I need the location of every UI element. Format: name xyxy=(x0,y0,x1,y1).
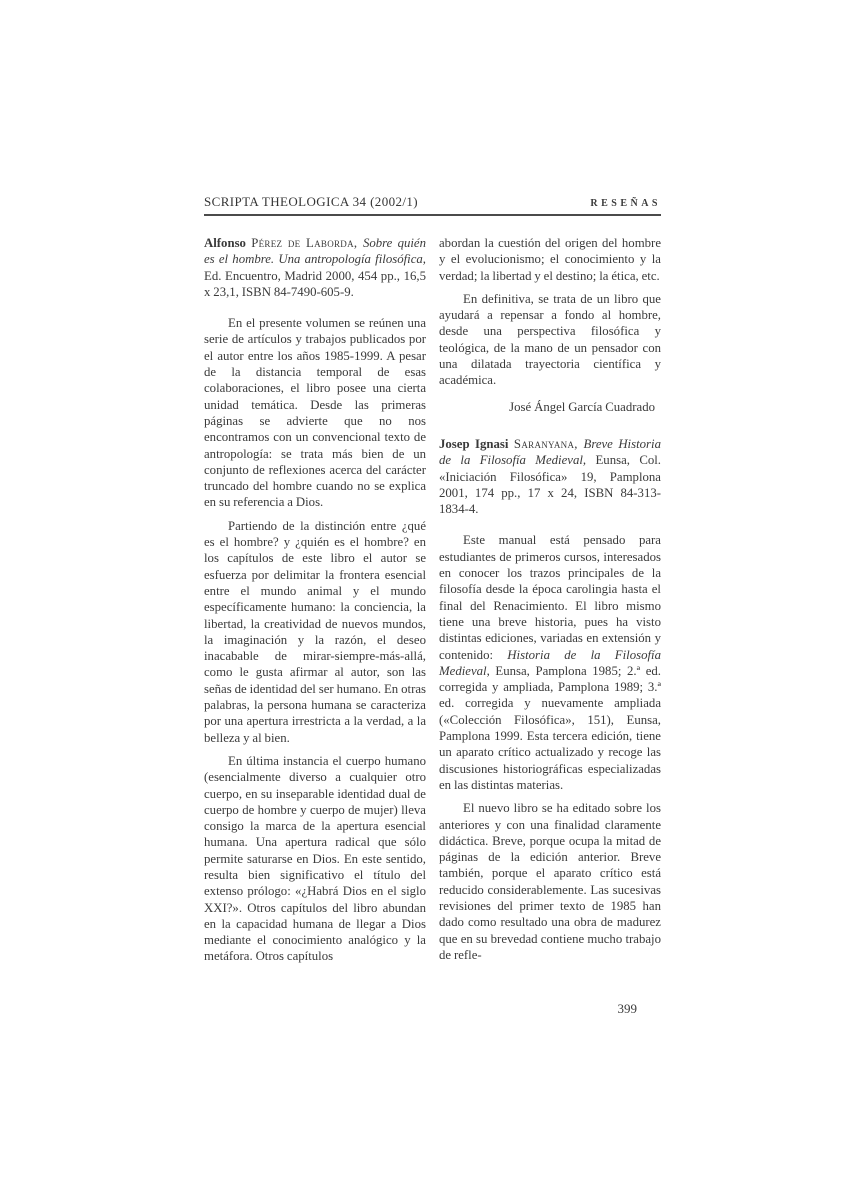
text-segment: Partiendo de la distinción entre ¿qué es… xyxy=(204,519,426,745)
column-right: abordan la cuestión del origen del hombr… xyxy=(439,235,661,972)
book-citation: Alfonso Pérez de Laborda, Sobre quién es… xyxy=(204,235,426,300)
section-label: RESEÑAS xyxy=(590,198,661,209)
journal-page: SCRIPTA THEOLOGICA 34 (2002/1) RESEÑAS A… xyxy=(204,194,661,972)
reviewer-signature: José Ángel García Cuadrado xyxy=(439,399,661,415)
page-header: SCRIPTA THEOLOGICA 34 (2002/1) RESEÑAS xyxy=(204,194,661,216)
review-paragraph: En definitiva, se trata de un libro que … xyxy=(439,291,661,389)
page-number: 399 xyxy=(204,1001,661,1017)
review-paragraph: El nuevo libro se ha editado sobre los a… xyxy=(439,800,661,963)
column-left: Alfonso Pérez de Laborda, Sobre quién es… xyxy=(204,235,426,972)
review-paragraph: En última instancia el cuerpo humano (es… xyxy=(204,753,426,965)
text-segment: El nuevo libro se ha editado sobre los a… xyxy=(439,801,661,962)
review-paragraph: En el presente volumen se reúnen una ser… xyxy=(204,315,426,511)
text-segment: Este manual está pensado para estudiante… xyxy=(439,533,661,661)
journal-title: SCRIPTA THEOLOGICA 34 (2002/1) xyxy=(204,194,418,210)
text-segment: José Ángel García Cuadrado xyxy=(509,400,655,414)
text-segment: Josep Ignasi xyxy=(439,437,514,451)
text-segment: Alfonso xyxy=(204,236,251,250)
review-paragraph: Partiendo de la distinción entre ¿qué es… xyxy=(204,518,426,746)
text-segment: En definitiva, se trata de un libro que … xyxy=(439,292,661,387)
review-paragraph: abordan la cuestión del origen del hombr… xyxy=(439,235,661,284)
text-segment: , Eunsa, Pamplona 1985; 2.ª ed. corregid… xyxy=(439,664,661,792)
text-segment: En el presente volumen se reúnen una ser… xyxy=(204,316,426,509)
text-segment: Ed. Encuentro, Madrid 2000, 454 pp., 16,… xyxy=(204,269,426,299)
book-citation: Josep Ignasi Saranyana, Breve Historia d… xyxy=(439,436,661,517)
text-segment: En última instancia el cuerpo humano (es… xyxy=(204,754,426,964)
review-paragraph: Este manual está pensado para estudiante… xyxy=(439,532,661,793)
text-columns: Alfonso Pérez de Laborda, Sobre quién es… xyxy=(204,235,661,972)
text-segment: Saranyana, xyxy=(514,437,584,451)
text-segment: abordan la cuestión del origen del hombr… xyxy=(439,236,661,283)
text-segment: Pérez de Laborda, xyxy=(251,236,363,250)
